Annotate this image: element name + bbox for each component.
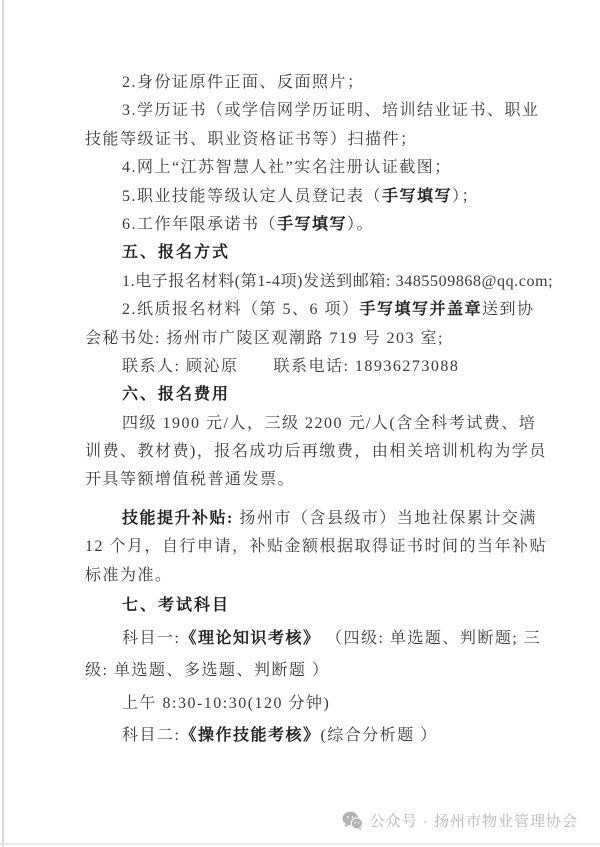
bottom-divider [0,843,600,845]
document-body: 2.身份证原件正面、反面照片； 3.学历证书（或学信网学历证明、培训结业证书、职… [85,69,545,753]
text-line: 标准为准。 [85,562,545,590]
text-line: 4.网上“江苏智慧人社”实名注册认证截图； [85,154,545,182]
line-text: ）； [452,188,479,205]
text-line: 3.学历证书（或学信网学历证明、培训结业证书、职业 [85,97,545,125]
line-text: 标准为准。 [85,567,173,584]
text-line: 会秘书处: 扬州市广陵区观潮路 719 号 203 室; [85,325,545,353]
heading-text: 六、报名费用 [122,386,230,403]
line-text: 12 个月，自行申请，补贴金额根据取得证书时间的当年补贴 [85,538,547,555]
line-text: 会秘书处: 扬州市广陵区观潮路 719 号 203 室; [85,330,444,347]
line-text: 联系人: 顾沁原 联系电话: 18936273088 [122,358,459,375]
section-heading: 五、报名方式 [85,239,545,267]
text-line: 四级 1900 元/人，三级 2200 元/人(含全科考试费、培 [85,410,545,438]
line-text: 四级 1900 元/人，三级 2200 元/人(含全科考试费、培 [122,415,536,432]
line-text: 扬州市（含县级市）当地社保累计交满 [234,510,537,527]
bold-text: 《理论知识考核》 [180,630,320,647]
bold-text: 手写填写 [277,216,347,233]
line-text: 上午 8:30-10:30(120 分钟) [122,695,330,712]
watermark-footer: 公众号 · 扬州市物业管理协会 [342,808,578,832]
text-line: 12 个月，自行申请，补贴金额根据取得证书时间的当年补贴 [85,533,545,561]
text-line: 训费、教材费)，报名成功后再缴费，由相关培训机构为学员 [85,438,545,466]
line-text: 2.身份证原件正面、反面照片； [122,74,365,91]
text-line: 联系人: 顾沁原 联系电话: 18936273088 [85,353,545,381]
bold-text: 手写填写并盖章 [360,301,483,318]
watermark-text: 公众号 · 扬州市物业管理协会 [370,810,578,831]
bold-text: 技能提升补贴: [122,510,234,527]
section-heading: 七、考试科目 [85,590,545,623]
line-text: （四级: 单选题、判断题; 三 [320,630,541,647]
text-line: 级: 单选题、多选题、判断题 ） [85,655,545,688]
bold-text: 《操作技能考核》 [180,727,320,744]
heading-text: 五、报名方式 [122,244,230,261]
line-text: (综合分析题 ） [320,727,437,744]
line-text: 科目一: [122,630,180,647]
text-line: 技能提升补贴: 扬州市（含县级市）当地社保累计交满 [85,505,545,533]
line-text: 级: 单选题、多选题、判断题 ） [85,662,329,679]
line-text: 科目二: [122,727,180,744]
line-text: 4.网上“江苏智慧人社”实名注册认证截图； [122,159,452,176]
line-text: 送到协 [482,301,535,318]
wechat-icon [342,811,363,830]
line-text: 技能等级证书、职业资格证书等）扫描件； [85,131,418,148]
text-line: 1.电子报名材料(第1-4项)发送到邮箱: 3485509868@qq.com; [85,268,545,296]
line-text: 5.职业技能等级认定人员登记表（ [122,188,382,205]
heading-text: 七、考试科目 [122,597,230,614]
page-left-edge [2,0,4,847]
text-line: 5.职业技能等级认定人员登记表（手写填写）； [85,183,545,211]
document-page: 2.身份证原件正面、反面照片； 3.学历证书（或学信网学历证明、培训结业证书、职… [0,0,600,847]
line-text: 训费、教材费)，报名成功后再缴费，由相关培训机构为学员 [85,443,547,460]
section-heading: 六、报名费用 [85,381,545,409]
text-line: 科目一:《理论知识考核》 （四级: 单选题、判断题; 三 [85,623,545,656]
line-text: 2.纸质报名材料（第 5、6 项） [122,301,360,318]
text-line: 2.身份证原件正面、反面照片； [85,69,545,97]
text-line: 6.工作年限承诺书（手写填写）。 [85,211,545,239]
text-line: 技能等级证书、职业资格证书等）扫描件； [85,126,545,154]
line-text: 6.工作年限承诺书（ [122,216,277,233]
bold-text: 手写填写 [382,188,452,205]
text-line: 上午 8:30-10:30(120 分钟) [85,688,545,721]
text-line: 科目二:《操作技能考核》(综合分析题 ） [85,720,545,753]
line-text: 3.学历证书（或学信网学历证明、培训结业证书、职业 [122,102,540,119]
line-text: ）。 [347,216,374,233]
text-line: 2.纸质报名材料（第 5、6 项）手写填写并盖章送到协 [85,296,545,324]
text-line: 开具等额增值税普通发票。 [85,466,545,494]
line-text: 1.电子报名材料(第1-4项)发送到邮箱: 3485509868@qq.com; [122,273,553,290]
line-text: 开具等额增值税普通发票。 [85,471,295,488]
